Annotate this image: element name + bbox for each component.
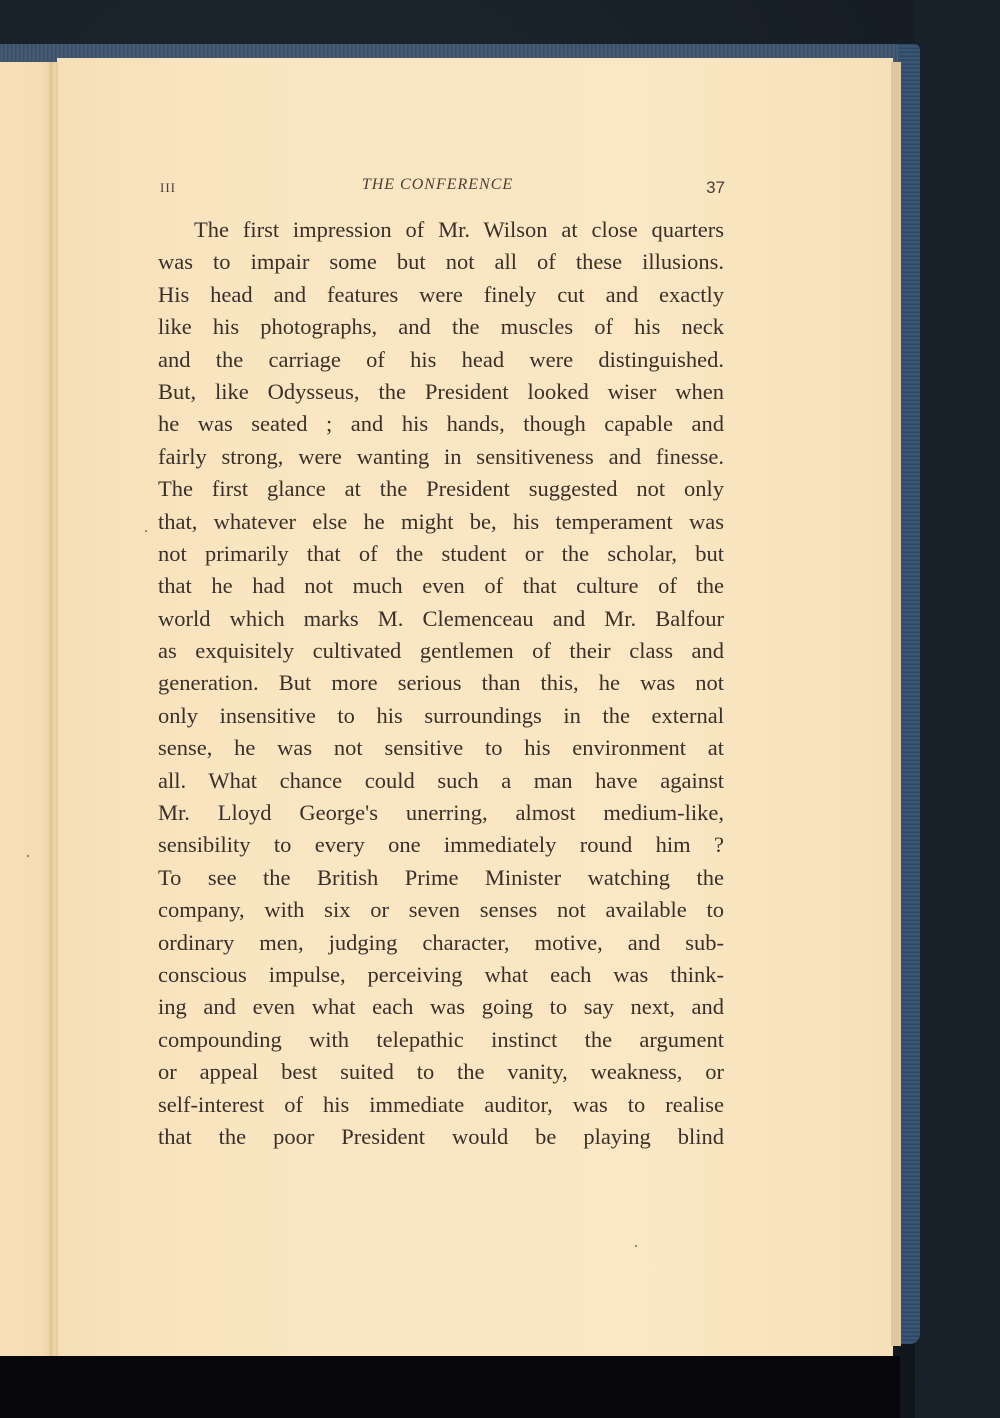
text-line: self-interest of his immediate auditor, …: [158, 1089, 724, 1121]
text-line: To see the British Prime Minister watchi…: [158, 862, 724, 894]
text-line: that he had not much even of that cultur…: [158, 570, 724, 602]
text-line: or appeal best suited to the vanity, wea…: [158, 1056, 724, 1088]
page-gutter: [50, 62, 58, 1356]
text-line: sense, he was not sensitive to his envir…: [158, 732, 724, 764]
text-line: and the carriage of his head were distin…: [158, 344, 724, 376]
text-line: conscious impulse, perceiving what each …: [158, 959, 724, 991]
running-header: III THE CONFERENCE 37: [160, 176, 725, 200]
text-line: not primarily that of the student or the…: [158, 538, 724, 570]
text-line: His head and features were finely cut an…: [158, 279, 724, 311]
text-line: as exquisitely cultivated gentlemen of t…: [158, 635, 724, 667]
dark-background-right: [915, 0, 1000, 1418]
text-line: that, whatever else he might be, his tem…: [158, 506, 724, 538]
text-line: world which marks M. Clemenceau and Mr. …: [158, 603, 724, 635]
bottom-shadow: [0, 1356, 900, 1418]
text-line: The first glance at the President sugges…: [158, 473, 724, 505]
paper-speck: [27, 855, 29, 857]
text-line: only insensitive to his surroundings in …: [158, 700, 724, 732]
text-line: that the poor President would be playing…: [158, 1121, 724, 1153]
paper-speck: [145, 530, 147, 532]
paper-speck: [635, 1245, 637, 1247]
text-line: The first impression of Mr. Wilson at cl…: [158, 214, 724, 246]
text-line: like his photographs, and the muscles of…: [158, 311, 724, 343]
text-line: sensibility to every one immediately rou…: [158, 829, 724, 861]
text-line: generation. But more serious than this, …: [158, 667, 724, 699]
text-line: was to impair some but not all of these …: [158, 246, 724, 278]
text-line: ordinary men, judging character, motive,…: [158, 927, 724, 959]
page-number: 37: [706, 178, 725, 198]
text-line: fairly strong, were wanting in sensitive…: [158, 441, 724, 473]
body-text: The first impression of Mr. Wilson at cl…: [158, 214, 724, 1153]
page-stack-edges: [891, 62, 901, 1346]
book-cover-spine-edge: [898, 44, 920, 1344]
text-line: compounding with telepathic instinct the…: [158, 1024, 724, 1056]
text-line: Mr. Lloyd George's unerring, almost medi…: [158, 797, 724, 829]
text-line: company, with six or seven senses not av…: [158, 894, 724, 926]
running-title: THE CONFERENCE: [160, 176, 725, 194]
text-line: But, like Odysseus, the President looked…: [158, 376, 724, 408]
text-line: all. What chance could such a man have a…: [158, 765, 724, 797]
text-line: ing and even what each was going to say …: [158, 991, 724, 1023]
text-line: he was seated ; and his hands, though ca…: [158, 408, 724, 440]
left-page-edge: [0, 62, 53, 1356]
